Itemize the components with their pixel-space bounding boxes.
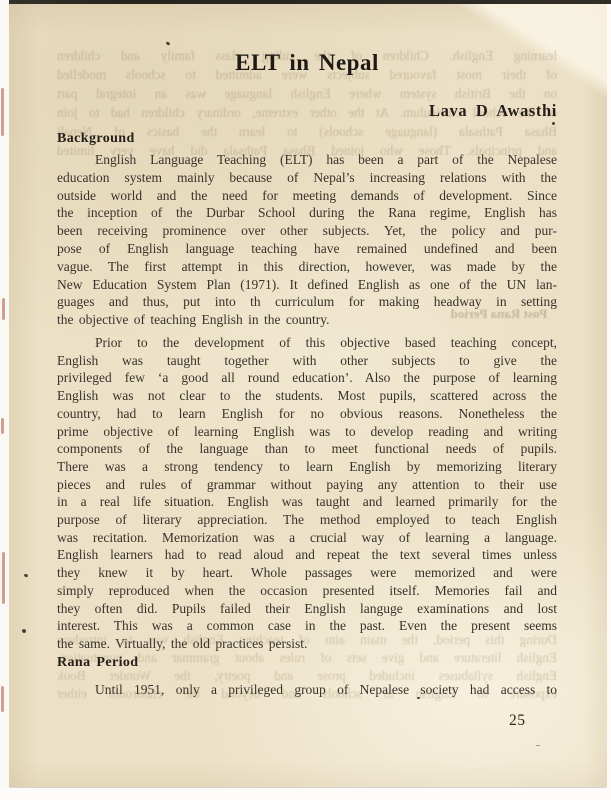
- text-line: Prior to the development of this objecti…: [57, 334, 557, 352]
- text-line: the inception of the Durbar School durin…: [57, 204, 557, 222]
- paragraph-2: Prior to the development of this objecti…: [57, 334, 557, 653]
- scanned-page: learning English. Children of the ruling…: [0, 0, 611, 800]
- edge-ink-mark: [2, 552, 5, 604]
- text-line: There was a strong tendency to learn Eng…: [57, 458, 557, 476]
- text-line: English learners had to read aloud and r…: [57, 546, 557, 564]
- scan-edge-right: [607, 4, 611, 800]
- text-line: in a real life situation. English was ta…: [57, 493, 557, 511]
- text-line: Until 1951, only a privileged group of N…: [57, 681, 557, 699]
- ink-speck: [536, 745, 540, 746]
- text-line: they often did. Pupils failed their Engl…: [57, 600, 557, 618]
- text-line: interest. This was a common case in the …: [57, 617, 557, 635]
- text-line: pose of English language teaching have r…: [57, 240, 557, 258]
- text-line: outside world and the need for meeting d…: [57, 187, 557, 205]
- scan-edge-top: [6, 0, 611, 4]
- text-line: education system mainly because of Nepal…: [57, 169, 557, 187]
- author-name: Lava D Awasthi: [57, 101, 557, 121]
- text-line: English was not clear to the students. M…: [57, 387, 557, 405]
- text-line: vague. The first attempt in this directi…: [57, 258, 557, 276]
- page-number: 25: [509, 712, 526, 730]
- text-line: pieces and rules of grammar without payi…: [57, 476, 557, 494]
- section-heading-background: Background: [57, 131, 135, 147]
- paragraph-3: Until 1951, only a privileged group of N…: [57, 681, 557, 699]
- text-line: been receiving prominence over other sub…: [57, 222, 557, 240]
- edge-ink-mark: [1, 418, 4, 434]
- text-line: privileged few ‘a good all round educati…: [57, 369, 557, 387]
- section-heading-rana-period: Rana Period: [57, 655, 138, 671]
- text-line: purpose of literary appreciation. The me…: [57, 511, 557, 529]
- edge-ink-mark: [2, 298, 5, 320]
- ink-speck: [552, 122, 555, 125]
- text-line: New Education System Plan (1971). It def…: [57, 276, 557, 294]
- text-line: English Language Teaching (ELT) has been…: [57, 151, 557, 169]
- text-line: country, had to learn English for no obv…: [57, 405, 557, 423]
- ink-speck: [417, 697, 420, 699]
- scan-edge-bottom: [0, 788, 611, 800]
- text-line: simply reproduced when the occasion pres…: [57, 582, 557, 600]
- text-line: the objective of teaching English in the…: [57, 311, 557, 329]
- paragraph-1: English Language Teaching (ELT) has been…: [57, 151, 557, 329]
- article-title: ELT in Nepal: [57, 50, 557, 76]
- text-line: prime objective of learning English was …: [57, 423, 557, 441]
- edge-ink-mark: [1, 88, 4, 136]
- text-line: they knew it by heart. Whole passages we…: [57, 564, 557, 582]
- text-line: components of the language than to meet …: [57, 440, 557, 458]
- text-line: English was taught together with other s…: [57, 352, 557, 370]
- text-line: the same. Virtually, the old practices p…: [57, 635, 557, 653]
- edge-ink-mark: [1, 686, 4, 712]
- text-line: was recitation. Memorization was a cruci…: [57, 529, 557, 547]
- text-line: guages and thus, put into th curriculum …: [57, 293, 557, 311]
